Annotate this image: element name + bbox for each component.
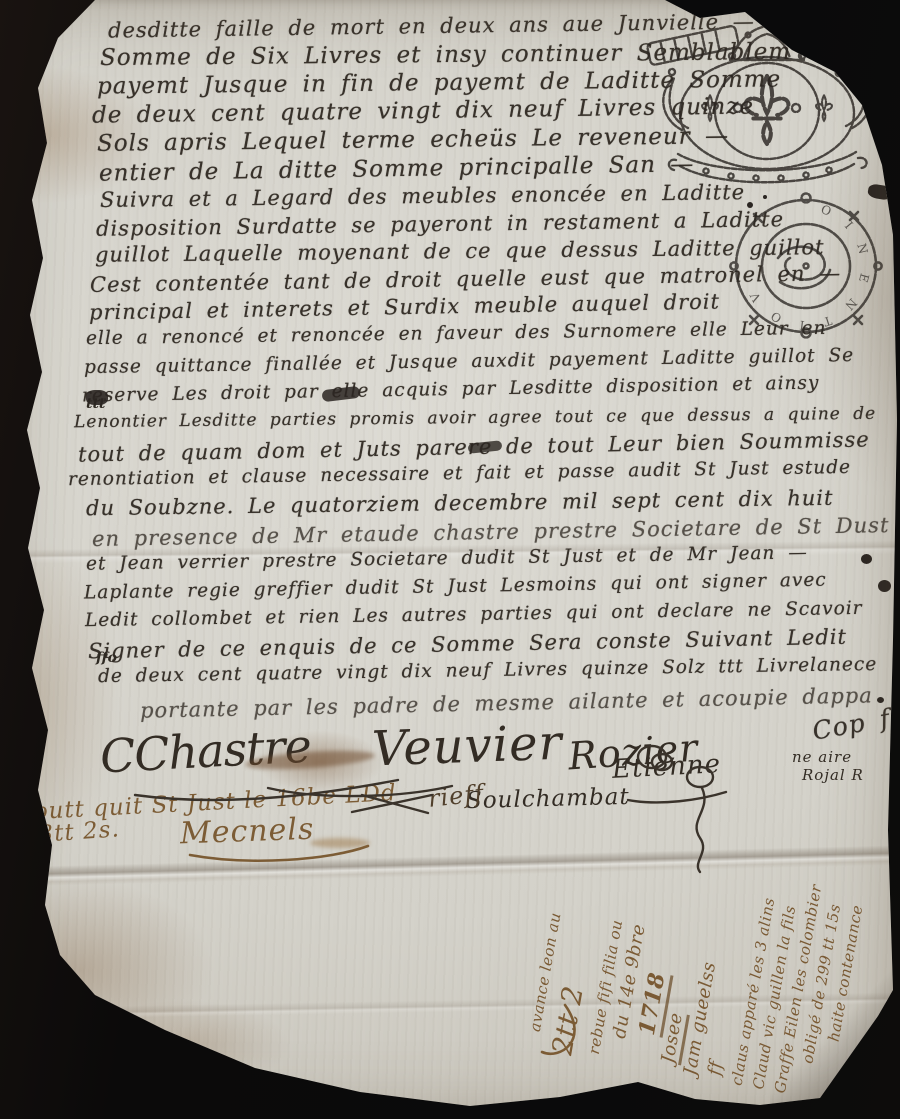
ink-blot <box>861 554 872 564</box>
ink-blot <box>877 697 884 703</box>
ink-blot <box>86 390 108 405</box>
signature-flourishes <box>0 0 900 1119</box>
ink-blot <box>763 195 767 199</box>
manuscript-paper: desditte faille de mort en deux ans aue … <box>0 0 900 1119</box>
ink-blot <box>878 580 891 592</box>
ink-blot <box>747 202 753 208</box>
smudge-stain <box>310 838 370 848</box>
photo-backdrop: desditte faille de mort en deux ans aue … <box>0 0 900 1119</box>
